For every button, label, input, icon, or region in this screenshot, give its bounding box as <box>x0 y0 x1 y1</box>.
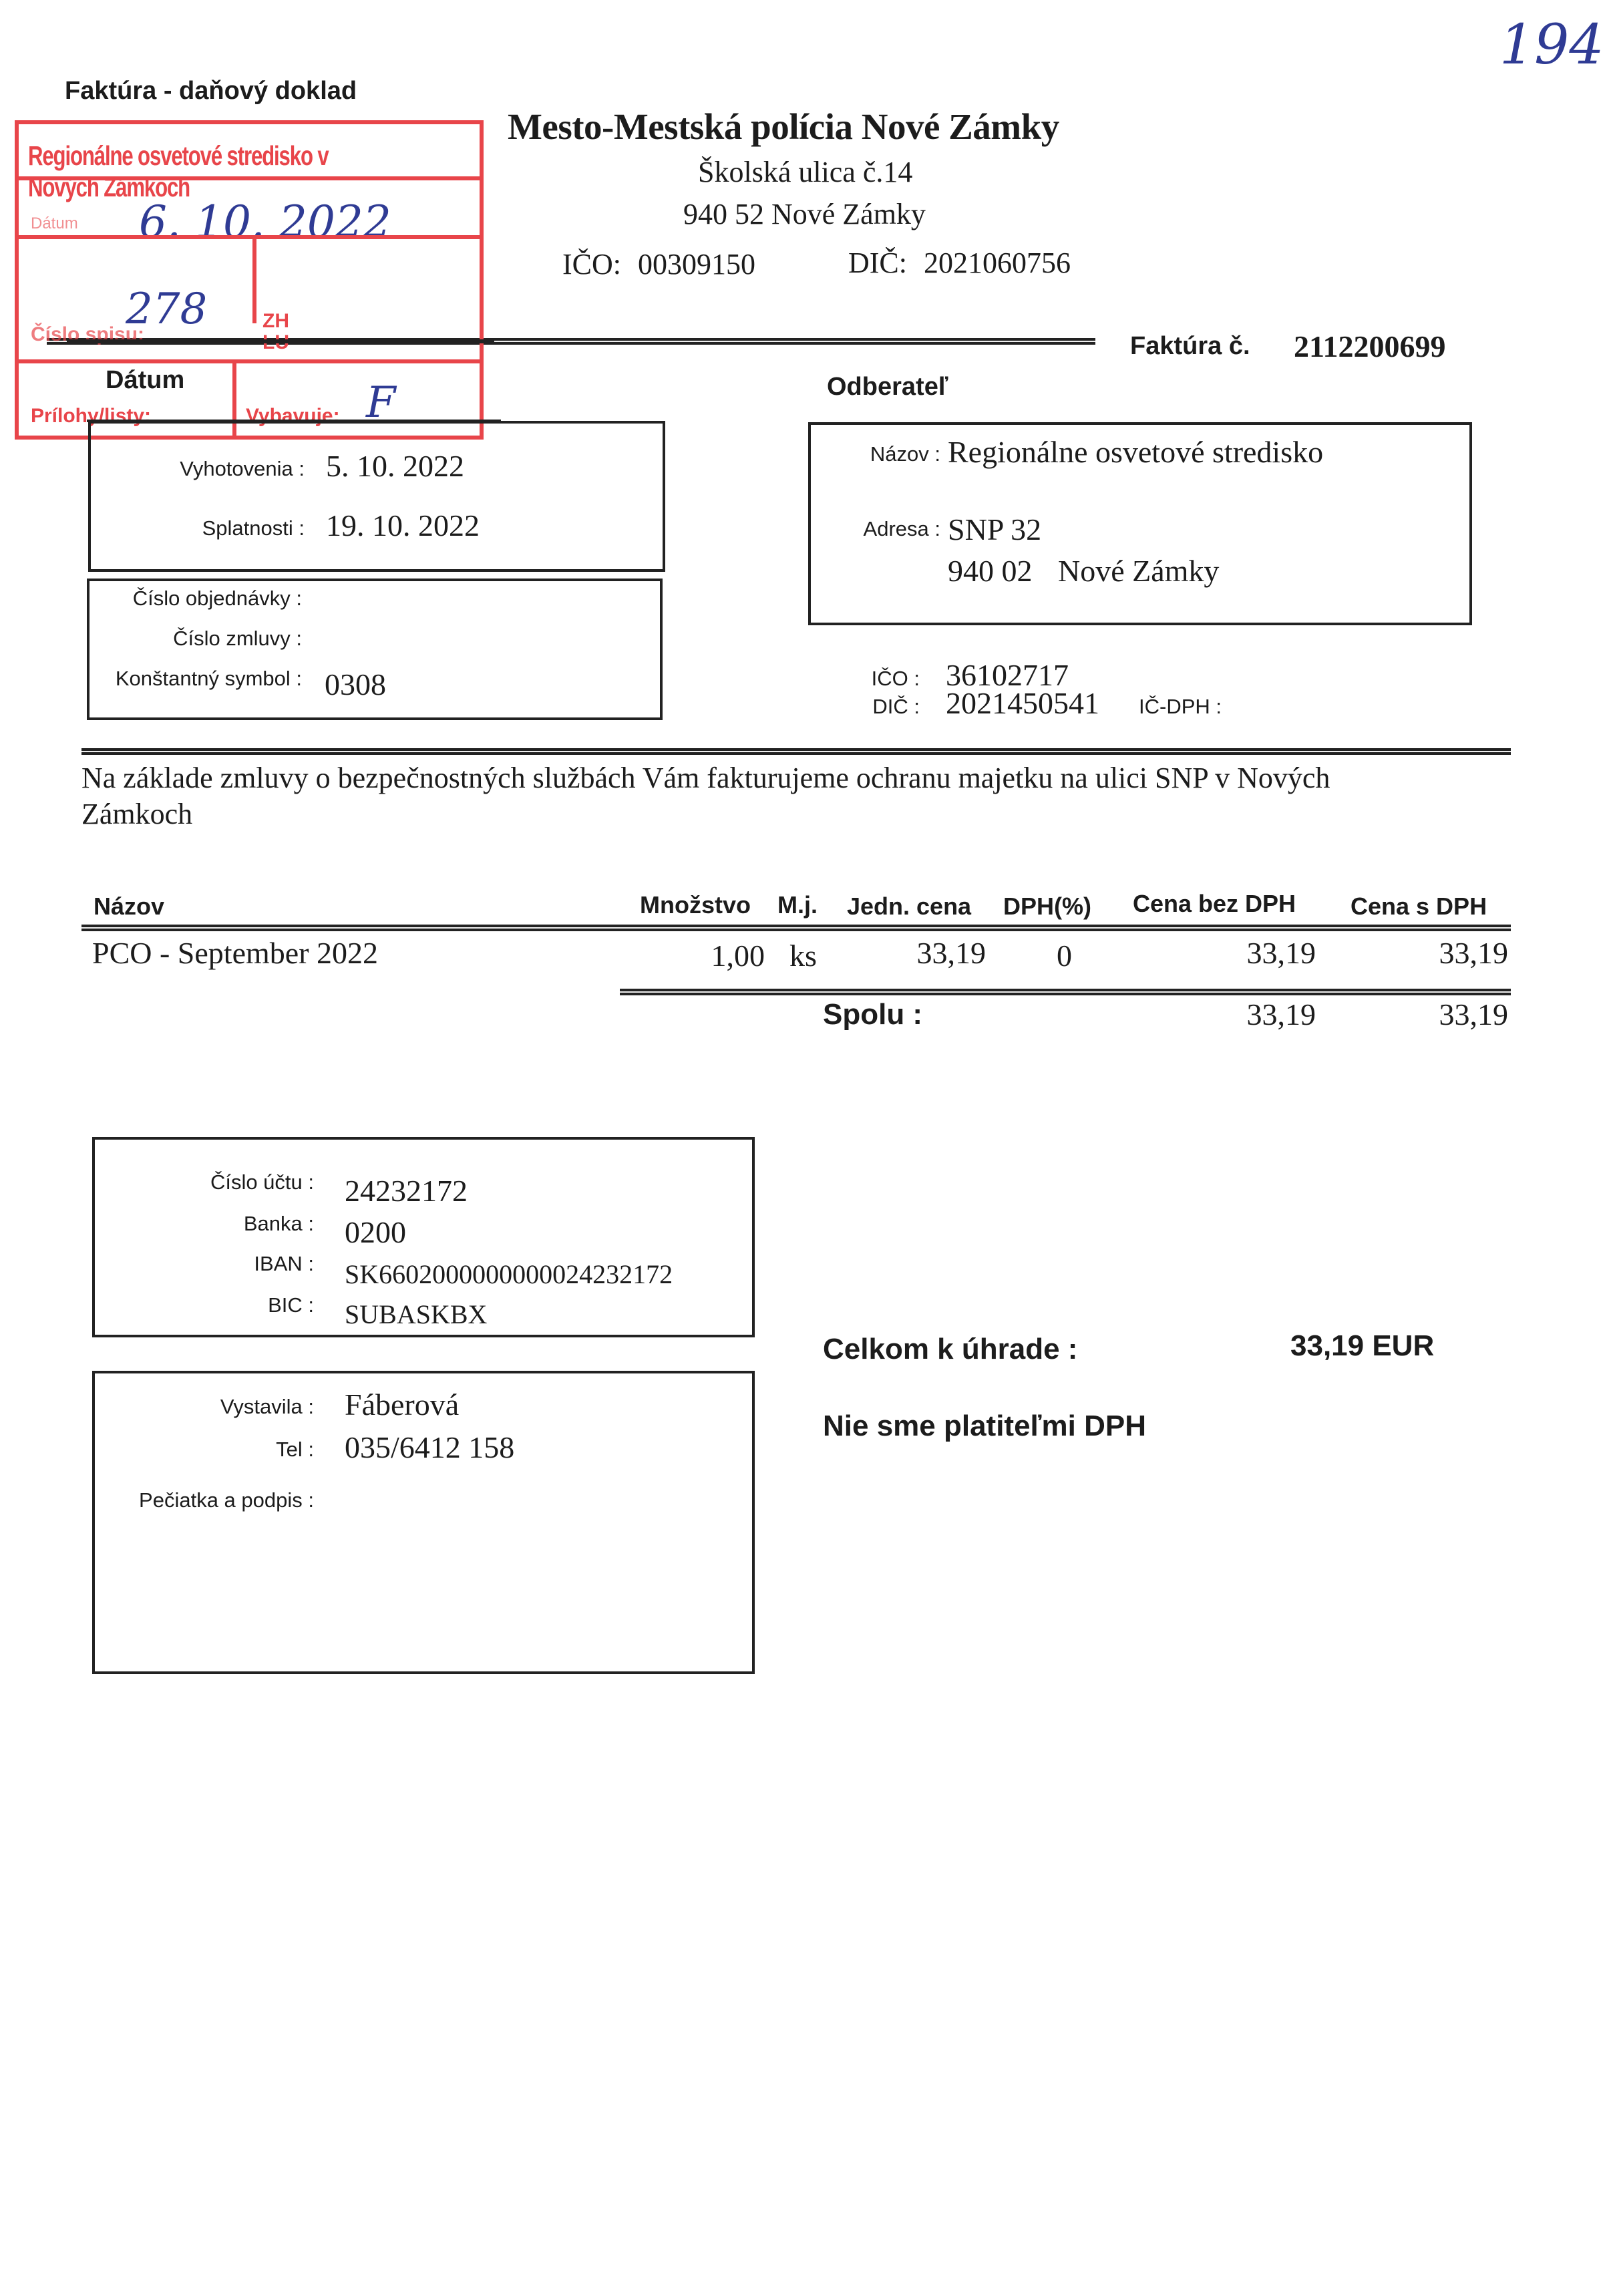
tel: 035/6412 158 <box>345 1430 514 1465</box>
col-header-unit-price: Jedn. cena <box>847 892 971 921</box>
item-gross: 33,19 <box>1329 935 1508 971</box>
stamp-date-field-label: Dátum <box>31 214 78 233</box>
handwritten-page-number: 194 <box>1499 13 1604 77</box>
bank-code: 0200 <box>345 1214 406 1250</box>
bank-code-label: Banka : <box>244 1212 314 1236</box>
description-line-1: Na základe zmluvy o bezpečnostných služb… <box>81 760 1330 796</box>
supplier-dic-label: DIČ: <box>848 247 907 279</box>
order-number-label: Číslo objednávky : <box>133 587 302 611</box>
vat-note: Nie sme platiteľmi DPH <box>823 1410 1146 1443</box>
iban-label: IBAN : <box>254 1252 314 1276</box>
customer-icdph-label: IČ-DPH : <box>1139 695 1222 719</box>
issued-date-label: Vyhotovenia : <box>180 457 305 481</box>
supplier-street: Školská ulica č.14 <box>698 155 912 189</box>
invoice-number-label: Faktúra č. <box>1130 332 1250 361</box>
item-quantity: 1,00 <box>601 938 765 973</box>
invoice-number: 2112200699 <box>1294 329 1445 364</box>
customer-section-label: Odberateľ <box>827 373 948 401</box>
contract-number-label: Číslo zmluvy : <box>173 627 302 651</box>
item-name: PCO - September 2022 <box>92 935 378 971</box>
supplier-name: Mesto-Mestská polícia Nové Zámky <box>508 106 1059 148</box>
supplier-dic-value: 2021060756 <box>924 247 1071 279</box>
col-header-vat: DPH(%) <box>1003 892 1091 921</box>
supplier-ico: IČO: 00309150 <box>562 247 755 281</box>
bank-details-box: Číslo účtu : 24232172 Banka : 0200 IBAN … <box>92 1137 755 1337</box>
stamp-signature-label: Pečiatka a podpis : <box>139 1488 314 1512</box>
customer-zip: 940 02 <box>948 553 1033 589</box>
total-label: Spolu : <box>823 998 922 1031</box>
customer-city: Nové Zámky <box>1058 553 1219 589</box>
stamp-file-handwritten: 278 <box>126 285 207 334</box>
account-number: 24232172 <box>345 1173 468 1208</box>
stamp-date-handwritten: 6. 10. 2022 <box>139 196 391 248</box>
tel-label: Tel : <box>276 1438 314 1462</box>
constant-symbol: 0308 <box>325 667 386 702</box>
col-header-unit: M.j. <box>777 891 818 919</box>
due-date: 19. 10. 2022 <box>326 508 480 543</box>
customer-address-label: Adresa : <box>864 517 940 541</box>
iban: SK6602000000000024232172 <box>345 1259 673 1290</box>
customer-dic: 2021450541 <box>946 685 1099 721</box>
stamp-zh: ZH <box>262 310 289 333</box>
bic: SUBASKBX <box>345 1299 487 1330</box>
item-unit-price: 33,19 <box>835 935 986 971</box>
col-header-name: Názov <box>94 892 164 921</box>
customer-dic-label: DIČ : <box>786 695 920 719</box>
dates-box: Vyhotovenia : 5. 10. 2022 Splatnosti : 1… <box>88 421 665 572</box>
col-header-gross: Cena s DPH <box>1351 892 1487 921</box>
item-unit: ks <box>789 938 817 973</box>
description-divider <box>81 748 1511 755</box>
customer-box: Názov : Regionálne osvetové stredisko Ad… <box>808 422 1472 625</box>
total-due-label: Celkom k úhrade : <box>823 1333 1077 1366</box>
total-due: 33,19 EUR <box>1290 1329 1434 1363</box>
supplier-city: 940 52 Nové Zámky <box>683 197 926 231</box>
dates-section-label: Dátum <box>106 366 184 395</box>
document-type-title: Faktúra - daňový doklad <box>65 77 357 106</box>
bic-label: BIC : <box>268 1293 314 1317</box>
invoice-description: Na základe zmluvy o bezpečnostných služb… <box>81 760 1330 832</box>
constant-symbol-label: Konštantný symbol : <box>116 667 302 691</box>
customer-name: Regionálne osvetové stredisko <box>948 434 1323 470</box>
total-net: 33,19 <box>1135 997 1316 1032</box>
description-line-2: Zámkoch <box>81 796 1330 832</box>
account-number-label: Číslo účtu : <box>210 1170 314 1194</box>
stamp-organization: Regionálne osvetové stredisko v Nových Z… <box>28 140 371 203</box>
due-date-label: Splatnosti : <box>202 516 305 540</box>
total-gross: 33,19 <box>1329 997 1508 1032</box>
issuer-box: Vystavila : Fáberová Tel : 035/6412 158 … <box>92 1371 755 1674</box>
supplier-ico-label: IČO: <box>562 248 621 281</box>
supplier-dic: DIČ: 2021060756 <box>848 246 1071 280</box>
customer-name-label: Názov : <box>870 442 940 466</box>
supplier-ico-value: 00309150 <box>638 248 755 281</box>
col-header-net: Cena bez DPH <box>1133 890 1296 918</box>
customer-street: SNP 32 <box>948 512 1041 547</box>
col-header-quantity: Množstvo <box>640 891 751 919</box>
issued-by-label: Vystavila : <box>220 1395 314 1419</box>
total-divider <box>620 989 1511 995</box>
issued-by: Fáberová <box>345 1387 459 1422</box>
registry-stamp: Regionálne osvetové stredisko v Nových Z… <box>15 120 484 440</box>
table-header-divider <box>81 925 1511 931</box>
item-net: 33,19 <box>1135 935 1316 971</box>
customer-ico-label: IČO : <box>786 667 920 691</box>
item-vat: 0 <box>1057 938 1072 973</box>
issued-date: 5. 10. 2022 <box>326 448 464 484</box>
references-box: Číslo objednávky : Číslo zmluvy : Konšta… <box>87 579 663 720</box>
